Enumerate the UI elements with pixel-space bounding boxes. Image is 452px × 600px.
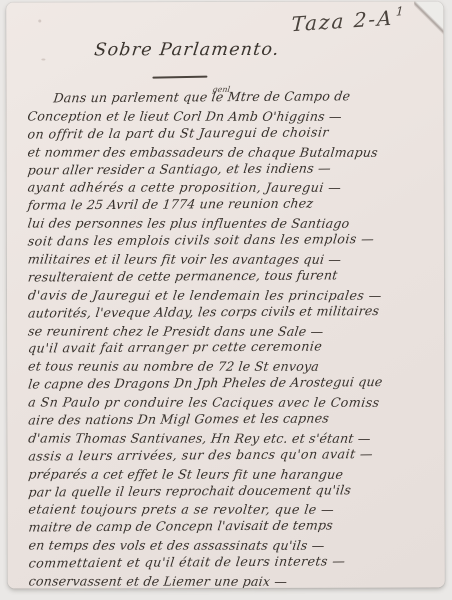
manuscript-line: le capne des Dragons Dn Jph Pheles de Ar… [27,373,441,394]
page-title: Sobre Parlamento. [93,40,281,60]
archival-annotation-mark: 1 [396,4,404,19]
manuscript-line: assis a leurs arrivées, sur des bancs qu… [27,444,441,465]
manuscript-line: autorités, l'eveque Alday, les corps civ… [27,301,441,322]
manuscript-line: conservassent et de Liemer une paix — [28,573,442,589]
corner-fold [414,1,444,36]
photo-background: Taza 2-A1 Sobre Parlamento. genl Dans un… [0,0,452,600]
archival-annotation-text: Taza 2-A [291,6,394,37]
title-underline [152,76,207,79]
manuscript-paper: Taza 2-A1 Sobre Parlamento. genl Dans un… [6,1,445,588]
manuscript-line: qu'il avait fait arranger pr cette cerem… [27,337,441,358]
manuscript-line: on offrit de la part du St Jauregui de c… [27,122,441,143]
manuscript-lines: Dans un parlement que le Mtre de Campo d… [27,88,440,588]
manuscript-line: par la quelle il leurs reprochait doucem… [27,480,441,501]
manuscript-line: Dans un parlement que le Mtre de Campo d… [26,87,440,108]
manuscript-line: maitre de camp de Concepn l'avisait de t… [28,516,442,537]
archival-annotation: Taza 2-A1 [291,4,404,36]
manuscript-line: soit dans les emplois civils soit dans l… [27,230,441,251]
paper-speck [41,58,45,60]
manuscript-line: resulteraient de cette permanence, tous … [27,266,441,287]
manuscript-line: forma le 25 Avril de 1774 une reunion ch… [27,194,441,215]
manuscript-line: aire des nations Dn Migl Gomes et les ca… [27,409,441,430]
manuscript-line: pour aller resider a Santiago, et les in… [27,158,441,179]
paper-speck [38,19,41,22]
manuscript-line: commettaient et qu'il était de leurs int… [28,552,442,573]
